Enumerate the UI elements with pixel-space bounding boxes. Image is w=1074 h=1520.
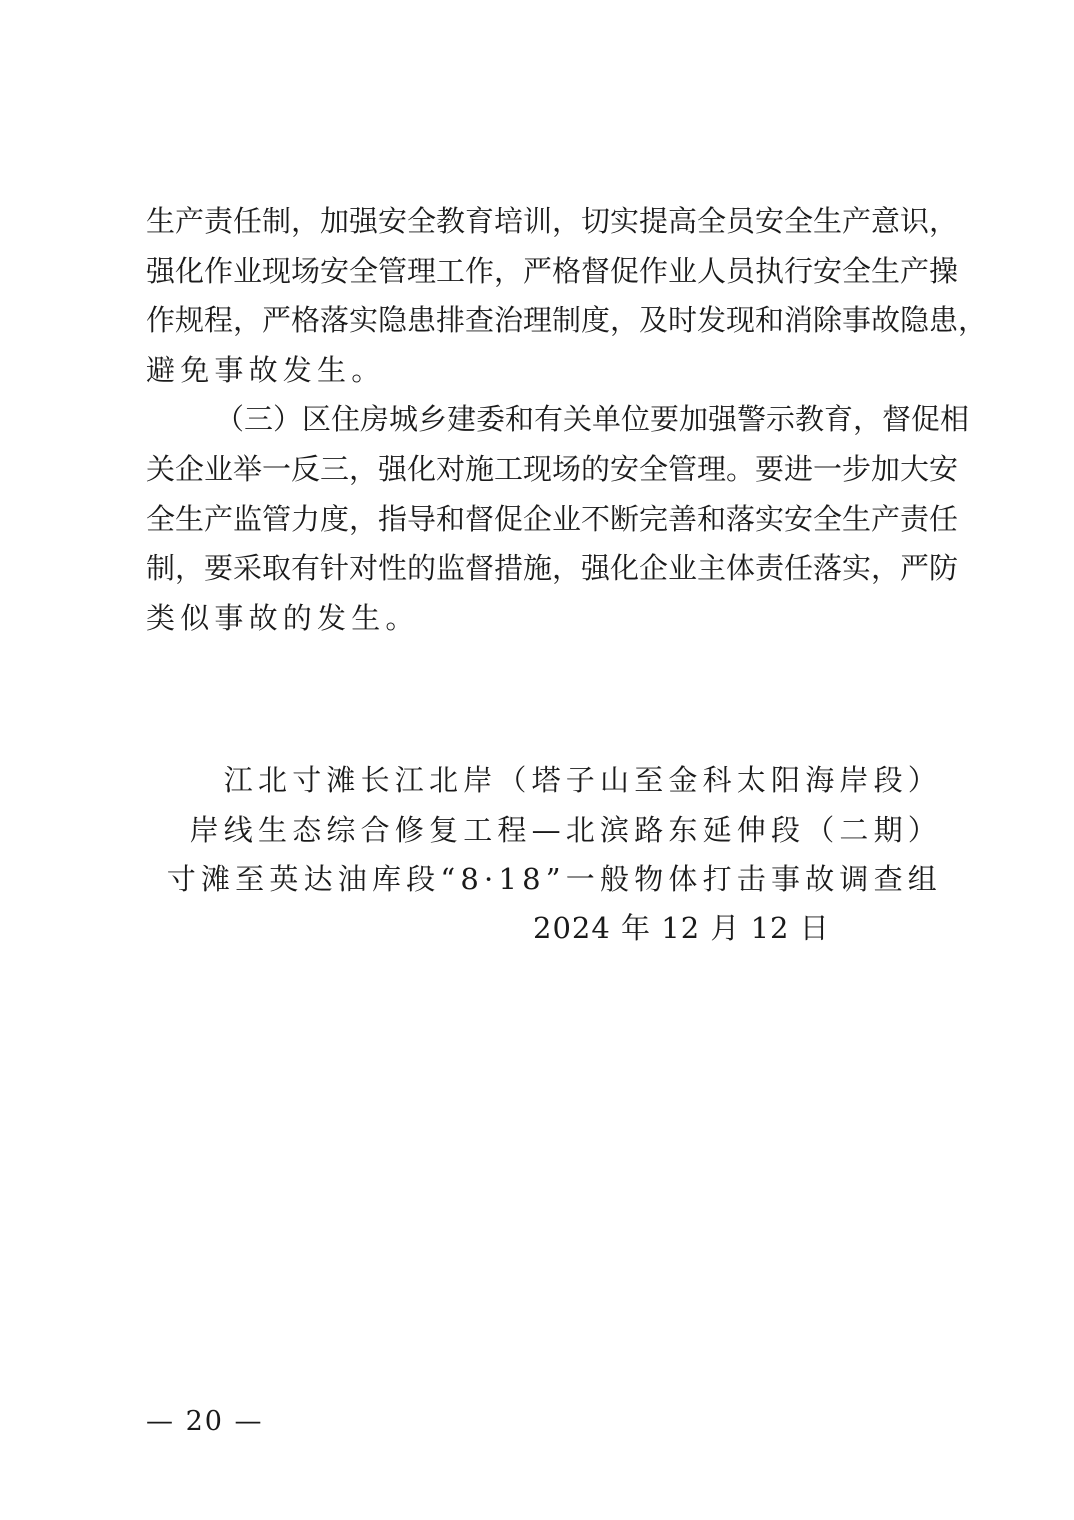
text-line: 作规程，严格落实隐患排查治理制度，及时发现和消除事故隐患， [146, 296, 942, 346]
body-text: 生产责任制，加强安全教育培训，切实提高全员安全生产意识， 强化作业现场安全管理工… [146, 197, 946, 643]
page-number: — 20 — [146, 1404, 264, 1440]
text-line: 类似事故的发生。 [146, 594, 946, 644]
text-line: 强化作业现场安全管理工作，严格督促作业人员执行安全生产操 [146, 247, 942, 297]
signature-date: 2024 年 12 月 12 日 [533, 904, 830, 954]
signature-line: 岸线生态综合修复工程—北滨路东延伸段（二期） [167, 806, 942, 856]
signature-line: 寸滩至英达油库段“8·18”一般物体打击事故调查组 [167, 855, 942, 905]
paragraph-section-three: （三）区住房城乡建委和有关单位要加强警示教育，督促相 关企业举一反三，强化对施工… [146, 395, 946, 643]
text-line: 避免事故发生。 [146, 346, 946, 396]
text-line: 全生产监管力度，指导和督促企业不断完善和落实安全生产责任 [146, 495, 942, 545]
text-line: （三）区住房城乡建委和有关单位要加强警示教育，督促相 [146, 395, 942, 445]
signature-line: 江北寸滩长江北岸（塔子山至金科太阳海岸段） [167, 756, 942, 806]
document-page: 生产责任制，加强安全教育培训，切实提高全员安全生产意识， 强化作业现场安全管理工… [0, 0, 1074, 1520]
text-line: 制，要采取有针对性的监督措施，强化企业主体责任落实，严防 [146, 544, 942, 594]
text-line: 关企业举一反三，强化对施工现场的安全管理。要进一步加大安 [146, 445, 942, 495]
signature-block: 江北寸滩长江北岸（塔子山至金科太阳海岸段） 岸线生态综合修复工程—北滨路东延伸段… [167, 756, 942, 905]
paragraph-responsibility: 生产责任制，加强安全教育培训，切实提高全员安全生产意识， 强化作业现场安全管理工… [146, 197, 946, 395]
text-line: 生产责任制，加强安全教育培训，切实提高全员安全生产意识， [146, 197, 942, 247]
